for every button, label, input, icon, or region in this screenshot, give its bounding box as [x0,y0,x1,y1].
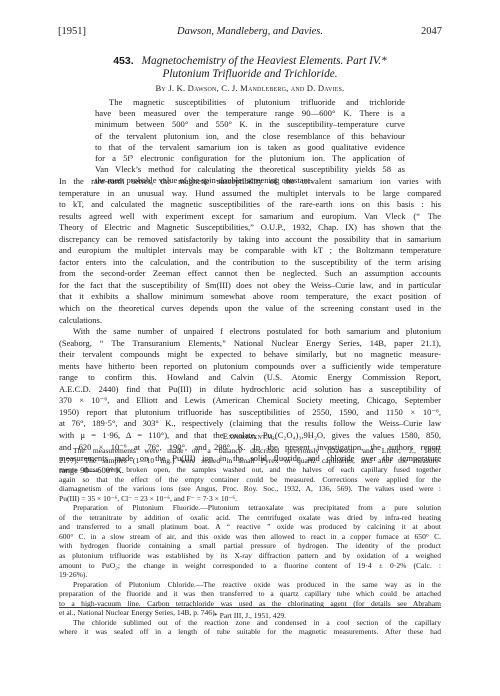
experimental-line: 600° C. in a slow stream of air, and thi… [59,532,441,542]
abstract-line: for a 5f⁵ electronic configuration for t… [95,153,405,164]
body-line: range to confirm this. Howland and Calvi… [59,372,441,384]
experimental-line: 19·26%). [59,570,441,580]
body-line: and europium the multiplet intervals may… [59,245,441,257]
article-number: 453. [113,55,133,67]
experimental-line: The measurements were made on a balance … [59,446,441,456]
author-line: By J. K. Dawson, C. J. Mandleberg, and D… [58,83,442,93]
title-line-1: 453.Magnetochemistry of the Heaviest Ele… [58,55,442,68]
abstract-line: of the tervalent plutonium ion, and the … [95,131,405,142]
body-line: With the same number of unpaired f elect… [59,326,441,338]
experimental-text: The measurements were made on a balance … [59,446,441,637]
body-line: calculations. [59,315,441,327]
article-title: 453.Magnetochemistry of the Heaviest Ele… [58,55,442,81]
body-line: for the fact that the susceptibility of … [59,280,441,292]
body-line: results agreed well with experiment exce… [59,211,441,223]
body-line: that it exhibits a shallow minimum somew… [59,291,441,303]
header-page-number: 2047 [421,26,442,37]
running-header: [1951] Dawson, Mandleberg, and Davies. 2… [58,26,442,40]
experimental-line-fluoride-heading: Preparation of Plutonium Fluoride.—Pluto… [59,503,441,513]
abstract-line: to that of the tervalent samarium ion is… [95,142,405,153]
section-heading-experimental: Experimental. [59,431,441,441]
abstract-line: The magnetic susceptibilities of plutoni… [95,97,405,108]
experimental-line: where it was sealed off in a length of t… [59,627,441,637]
body-line: their tervalent compounds might be expec… [59,349,441,361]
author-by: By [155,83,165,93]
experimental-line: and transferred to a small platinum boat… [59,522,441,532]
body-line: from the second-order Zeeman effect cann… [59,268,441,280]
body-line: temperature in an unusual way. Hund assu… [59,188,441,200]
body-line: which on the theoretical curves depends … [59,303,441,315]
abstract-line: Van Vleck’s method for calculating the t… [95,164,405,175]
header-running-title: Dawson, Mandleberg, and Davies. [58,26,442,37]
experimental-line: amount to PuO₂; the change in weight cor… [59,561,441,571]
title-text-1: Magnetochemistry of the Heaviest Element… [142,55,387,67]
body-line: In the rare-earth series, the magnetic s… [59,176,441,188]
journal-page: [1951] Dawson, Mandleberg, and Davies. 2… [0,0,500,696]
experimental-line: as plutonium trifluoride was established… [59,551,441,561]
experimental-line: preparation of the fluoride and it was t… [59,589,441,599]
body-line: at 76°, 189·5°, and 303° K., respectivel… [59,418,441,430]
abstract-line: have been measured over the temperature … [95,108,405,119]
body-line: ments have hitherto been reported on plu… [59,361,441,373]
body-line: factor enters into the calculation, and … [59,257,441,269]
abstract-line: minimum between 500° and 550° K. in the … [95,119,405,130]
experimental-line: with hydrogen fluoride containing a smal… [59,541,441,551]
title-line-2: Plutonium Trifluoride and Trichloride. [58,68,442,81]
experimental-line: 2177). The samples (1—10 mg.) were seale… [59,456,441,466]
experimental-line: again so that the effect of the empty co… [59,475,441,485]
body-line: 1950) report that plutonium trifluoride … [59,407,441,419]
experimental-line-chloride-heading: Preparation of Plutonium Chloride.—The r… [59,580,441,590]
footnote: * Part III, J., 1951, 429. [59,611,441,620]
footnote-rule [59,607,441,608]
experimental-line: Pu(III) = 35 × 10⁻⁶, Cl⁻ = 23 × 10⁻⁶, an… [59,494,441,504]
body-line: Theory of Electric and Magnetic Suscepti… [59,222,441,234]
experimental-line: ments these were broken open, the sample… [59,465,441,475]
body-line: (Seaborg, “ The Transuranium Elements,” … [59,338,441,350]
body-line: to kT, and calculated the magnetic susce… [59,199,441,211]
experimental-line: of the tetranitrate by addition of oxali… [59,513,441,523]
abstract: The magnetic susceptibilities of plutoni… [95,97,405,187]
body-line: discrepancy can be removed satisfactoril… [59,234,441,246]
body-line: A.E.C.D. 2440) find that Pu(III) in dilu… [59,384,441,396]
body-line: 370 × 10⁻⁶, and Elliott and Lewis (Ameri… [59,395,441,407]
experimental-line: diamagnetism of the various ions (see An… [59,484,441,494]
author-names: J. K. Dawson, C. J. Mandleberg, and D. D… [168,83,344,93]
